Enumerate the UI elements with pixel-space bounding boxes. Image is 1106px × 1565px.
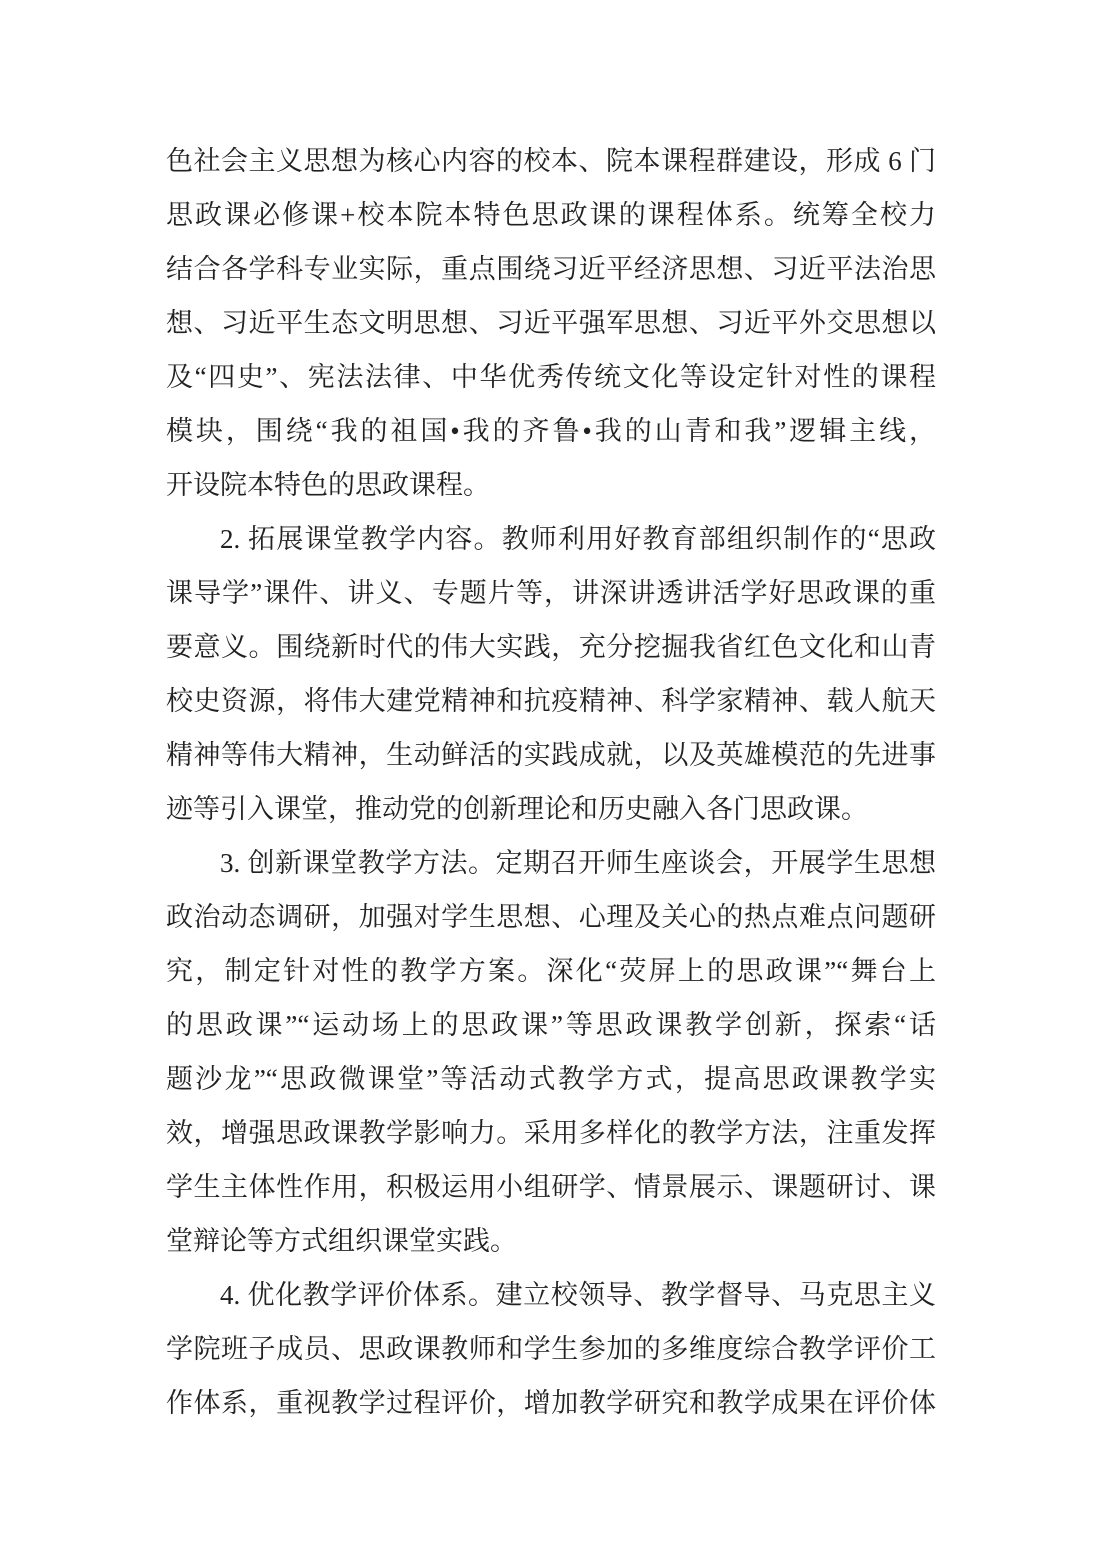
text-line: 3. 创新课堂教学方法。定期召开师生座谈会，开展学生思想 xyxy=(166,836,936,890)
text-line: 学生主体性作用，积极运用小组研学、情景展示、课题研讨、课 xyxy=(166,1160,936,1214)
text-line: 及“四史”、宪法法律、中华优秀传统文化等设定针对性的课程 xyxy=(166,350,936,404)
text-line: 效，增强思政课教学影响力。采用多样化的教学方法，注重发挥 xyxy=(166,1106,936,1160)
text-line: 堂辩论等方式组织课堂实践。 xyxy=(166,1214,936,1268)
paragraph-1: 色社会主义思想为核心内容的校本、院本课程群建设，形成 6 门思政课必修课+校本院… xyxy=(166,134,936,512)
text-line: 题沙龙”“思政微课堂”等活动式教学方式，提高思政课教学实 xyxy=(166,1052,936,1106)
paragraph-4: 4. 优化教学评价体系。建立校领导、教学督导、马克思主义学院班子成员、思政课教师… xyxy=(166,1268,936,1430)
text-line: 2. 拓展课堂教学内容。教师利用好教育部组织制作的“思政 xyxy=(166,512,936,566)
text-line: 作体系，重视教学过程评价，增加教学研究和教学成果在评价体 xyxy=(166,1376,936,1430)
text-line: 色社会主义思想为核心内容的校本、院本课程群建设，形成 6 门 xyxy=(166,134,936,188)
text-line: 究，制定针对性的教学方案。深化“荧屏上的思政课”“舞台上 xyxy=(166,944,936,998)
text-line: 4. 优化教学评价体系。建立校领导、教学督导、马克思主义 xyxy=(166,1268,936,1322)
text-line: 迹等引入课堂，推动党的创新理论和历史融入各门思政课。 xyxy=(166,782,936,836)
text-line: 的思政课”“运动场上的思政课”等思政课教学创新，探索“话 xyxy=(166,998,936,1052)
text-line: 想、习近平生态文明思想、习近平强军思想、习近平外交思想以 xyxy=(166,296,936,350)
text-line: 校史资源，将伟大建党精神和抗疫精神、科学家精神、载人航天 xyxy=(166,674,936,728)
text-line: 开设院本特色的思政课程。 xyxy=(166,458,936,512)
text-line: 课导学”课件、讲义、专题片等，讲深讲透讲活学好思政课的重 xyxy=(166,566,936,620)
document-text: 色社会主义思想为核心内容的校本、院本课程群建设，形成 6 门思政课必修课+校本院… xyxy=(166,134,936,1430)
text-line: 结合各学科专业实际，重点围绕习近平经济思想、习近平法治思 xyxy=(166,242,936,296)
text-line: 思政课必修课+校本院本特色思政课的课程体系。统筹全校力量， xyxy=(166,188,936,242)
document-page: 色社会主义思想为核心内容的校本、院本课程群建设，形成 6 门思政课必修课+校本院… xyxy=(0,0,1106,1565)
text-line: 精神等伟大精神，生动鲜活的实践成就，以及英雄模范的先进事 xyxy=(166,728,936,782)
text-line: 模块，围绕“我的祖国•我的齐鲁•我的山青和我”逻辑主线， xyxy=(166,404,936,458)
paragraph-3: 3. 创新课堂教学方法。定期召开师生座谈会，开展学生思想政治动态调研，加强对学生… xyxy=(166,836,936,1268)
text-line: 要意义。围绕新时代的伟大实践，充分挖掘我省红色文化和山青 xyxy=(166,620,936,674)
paragraph-2: 2. 拓展课堂教学内容。教师利用好教育部组织制作的“思政课导学”课件、讲义、专题… xyxy=(166,512,936,836)
text-line: 学院班子成员、思政课教师和学生参加的多维度综合教学评价工 xyxy=(166,1322,936,1376)
text-line: 政治动态调研，加强对学生思想、心理及关心的热点难点问题研 xyxy=(166,890,936,944)
